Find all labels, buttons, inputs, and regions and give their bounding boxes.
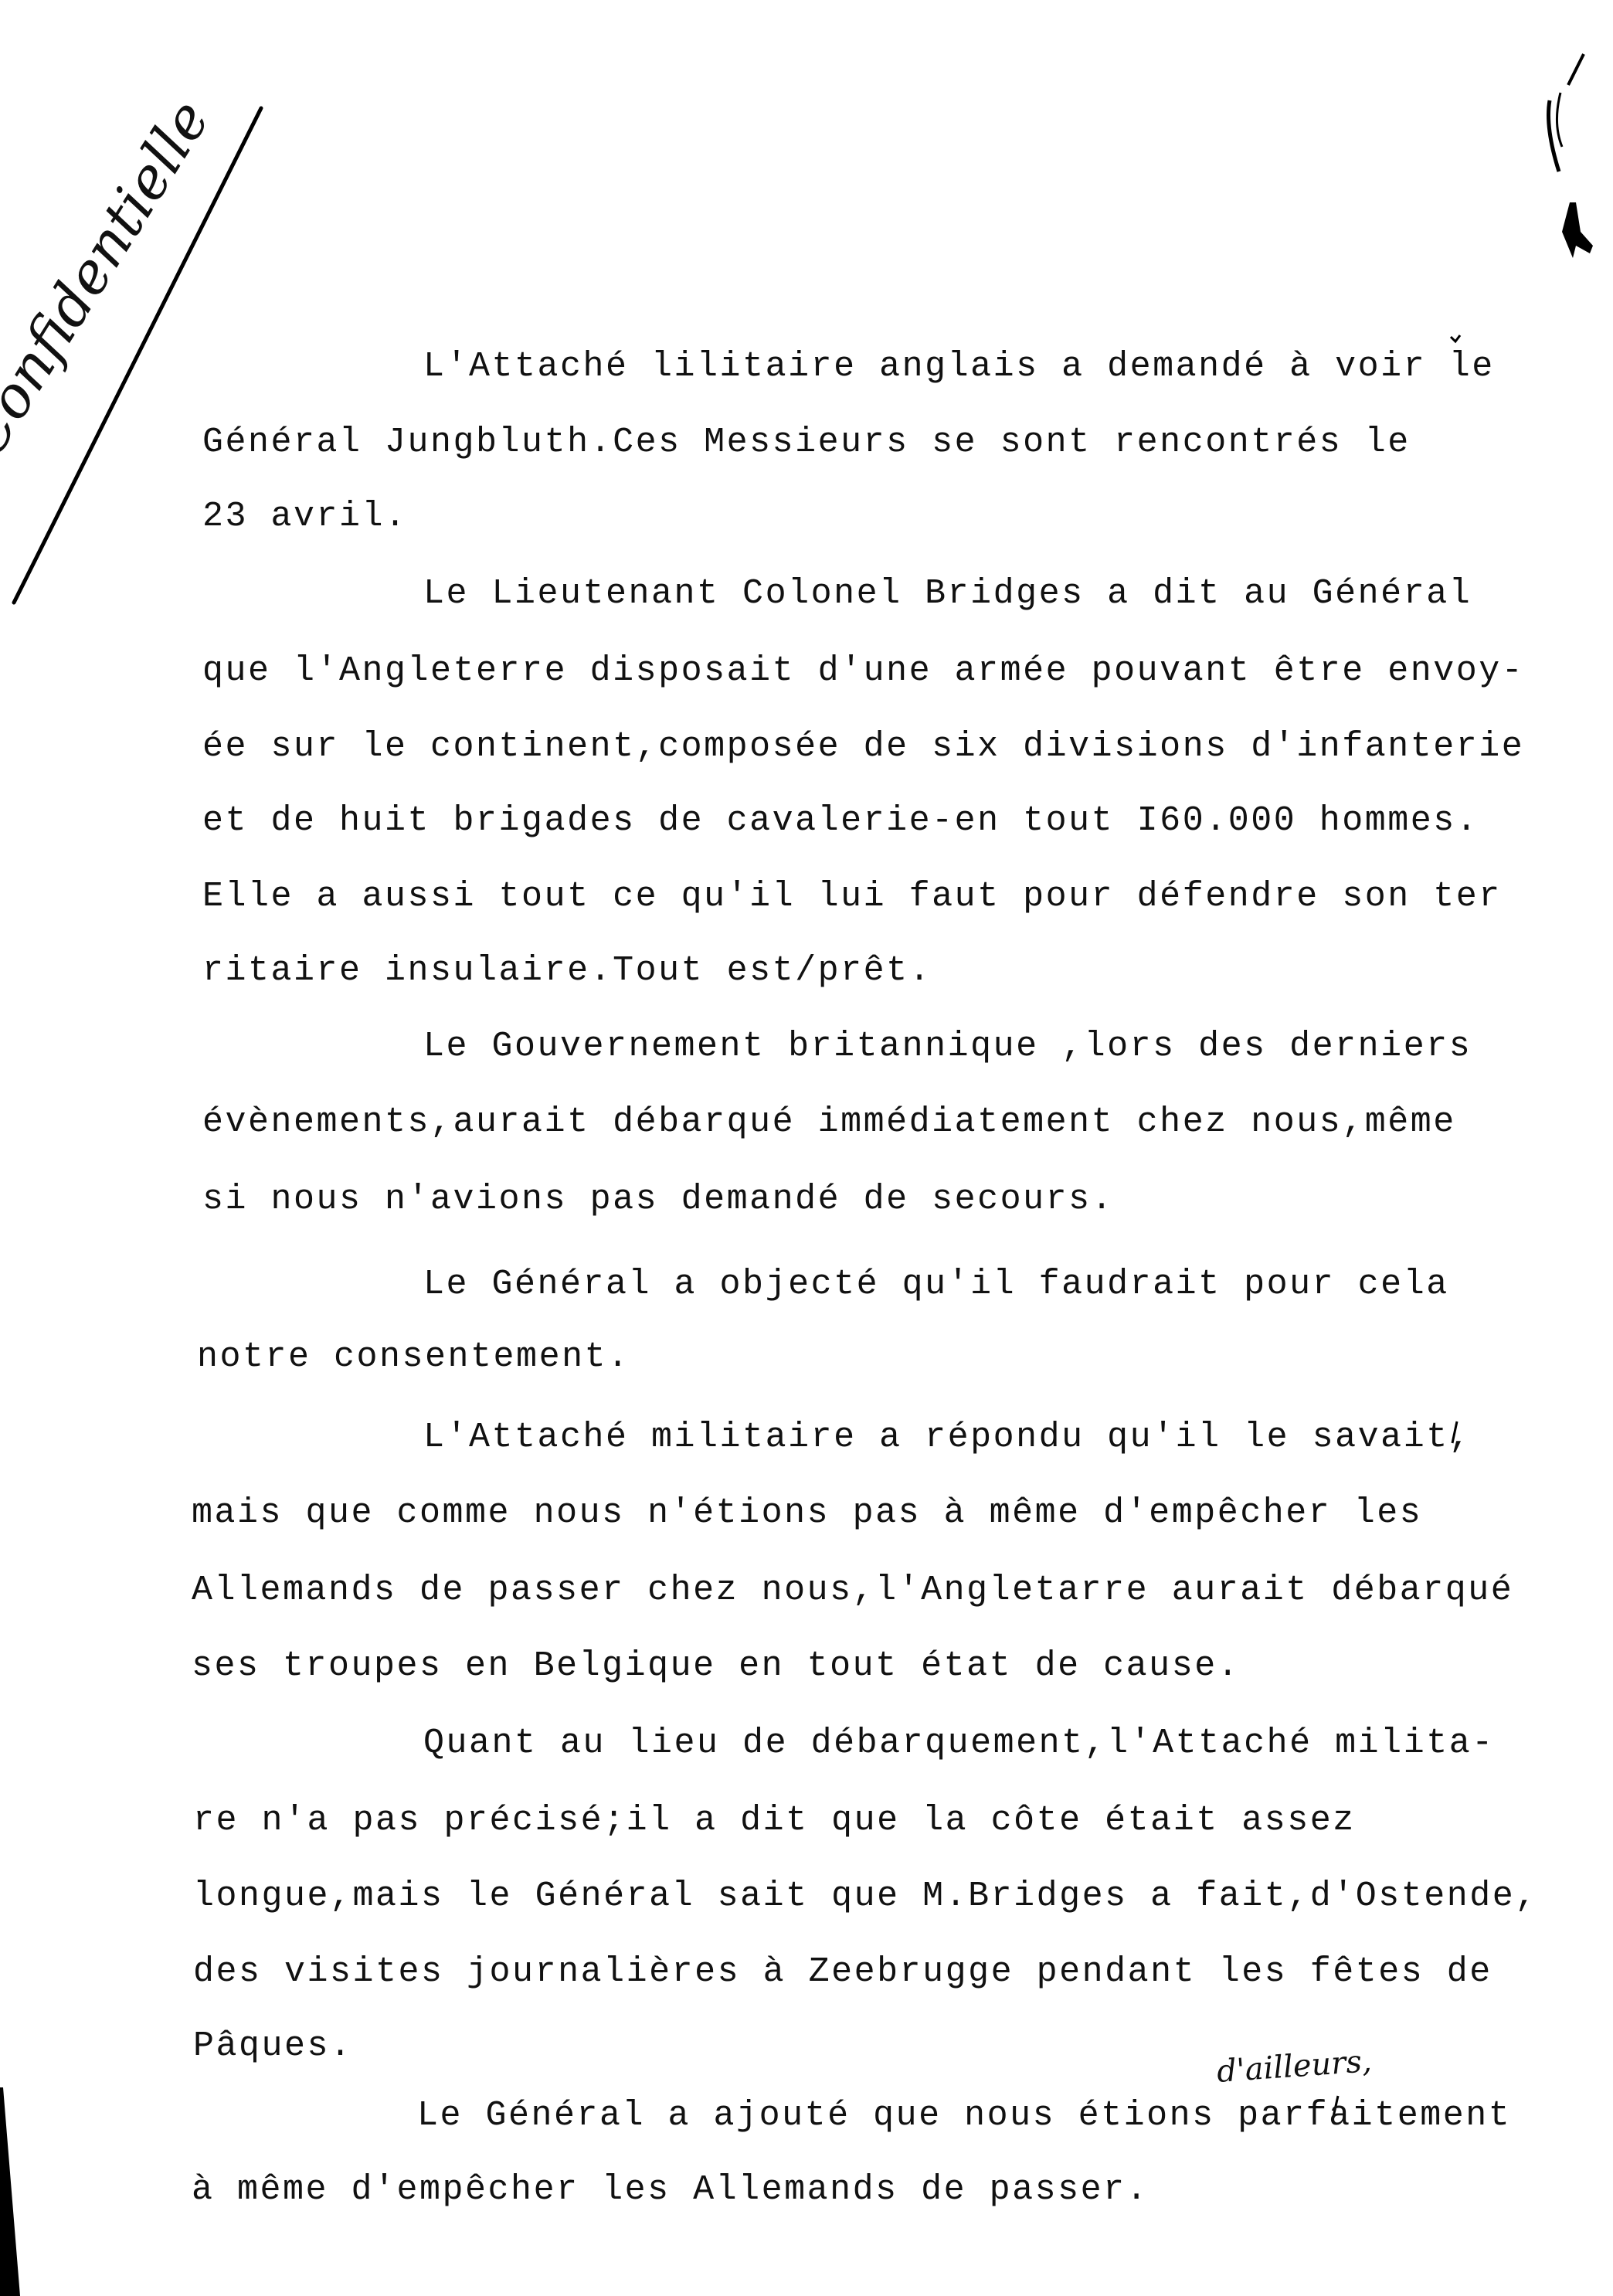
paragraph-5-line-3: Allemands de passer chez nous,l'Angletar… xyxy=(192,1573,1513,1608)
paragraph-7-line-1: Le Général a ajouté que nous étions parf… xyxy=(417,2098,1511,2133)
paragraph-2-line-1: Le Lieutenant Colonel Bridges a dit au G… xyxy=(423,576,1472,611)
paragraph-6-line-1: Quant au lieu de débarquement,l'Attaché … xyxy=(423,1726,1495,1761)
paragraph-3-line-3: si nous n'avions pas demandé de secours. xyxy=(202,1182,1114,1217)
document-page: Confidentielle d'ailleurs, L'Attaché lil… xyxy=(0,0,1613,2296)
paragraph-3-line-2: évènements,aurait débarqué immédiatement… xyxy=(202,1105,1456,1140)
paragraph-2-line-5: Elle a aussi tout ce qu'il lui faut pour… xyxy=(202,879,1502,914)
paragraph-6-line-5: Pâques. xyxy=(193,2029,353,2063)
paragraph-1-line-2: Général Jungbluth.Ces Messieurs se sont … xyxy=(202,425,1411,460)
paragraph-3-line-1: Le Gouvernement britannique ,lors des de… xyxy=(423,1029,1472,1064)
paragraph-2-line-2: que l'Angleterre disposait d'une armée p… xyxy=(202,654,1524,688)
ink-blot-icon xyxy=(1562,202,1593,258)
paragraph-1-line-3: 23 avril. xyxy=(202,499,408,534)
paragraph-5-line-1: L'Attaché militaire a répondu qu'il le s… xyxy=(423,1420,1472,1455)
scan-edge-shadow xyxy=(0,2087,20,2296)
paragraph-2-line-4: et de huit brigades de cavalerie-en tout… xyxy=(202,803,1479,838)
paragraph-5-line-2: mais que comme nous n'étions pas à même … xyxy=(192,1496,1422,1530)
paragraph-6-line-2: re n'a pas précisé;il a dit que la côte … xyxy=(193,1803,1356,1838)
paragraph-5-line-4: ses troupes en Belgique en tout état de … xyxy=(192,1649,1240,1683)
paragraph-2-line-3: ée sur le continent,composée de six divi… xyxy=(202,729,1524,764)
paragraph-6-line-4: des visites journalières à Zeebrugge pen… xyxy=(193,1955,1492,1989)
paragraph-1-line-1: L'Attaché lilitaire anglais a demandé à … xyxy=(423,349,1495,384)
paragraph-2-line-6: ritaire insulaire.Tout est/prêt. xyxy=(202,953,932,988)
paragraph-7-line-2: à même d'empêcher les Allemands de passe… xyxy=(192,2172,1149,2207)
paragraph-6-line-3: longue,mais le Général sait que M.Bridge… xyxy=(193,1879,1538,1914)
paragraph-4-line-1: Le Général a objecté qu'il faudrait pour… xyxy=(423,1267,1449,1302)
paragraph-4-line-2: notre consentement. xyxy=(197,1340,630,1374)
